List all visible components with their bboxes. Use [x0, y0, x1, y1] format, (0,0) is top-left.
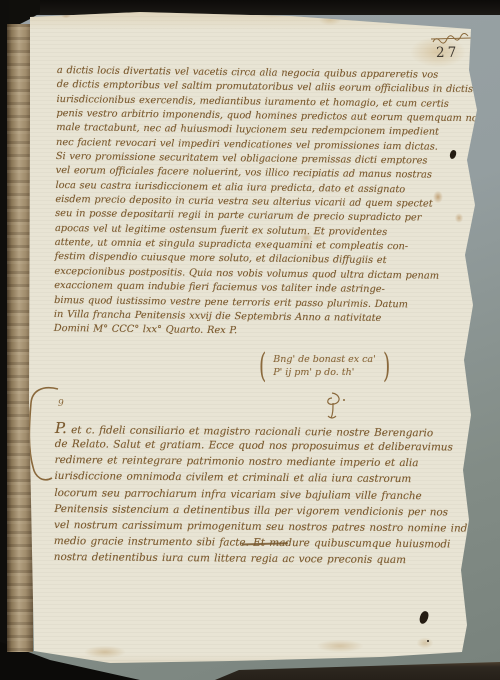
- folio-number: 27: [436, 45, 459, 61]
- chancery-close-paren: ): [383, 346, 390, 386]
- book-cover-edge-bottom: [215, 660, 500, 680]
- paragraph-1: a dictis locis divertatis vel vacetis ci…: [54, 64, 449, 341]
- paragraph-2-marker: 9: [58, 399, 64, 409]
- manuscript-photo: 27 a dictis locis divertatis vel vacetis…: [0, 0, 500, 680]
- manuscript-line: nostra detinentibus iura cum littera reg…: [54, 549, 454, 569]
- chancery-open-paren: (: [259, 346, 266, 386]
- book-binding-gutter: [7, 24, 33, 652]
- paragraph-2: P. et c. fideli consiliario et magistro …: [54, 420, 455, 569]
- manuscript-page: 27 a dictis locis divertatis vel vacetis…: [0, 0, 500, 680]
- chancery-line: Bng' de bonast ex ca': [273, 354, 375, 365]
- chancery-line: P' ij pm' p do. th': [273, 367, 354, 378]
- ink-blot: [449, 149, 457, 159]
- chancery-note-lines: Bng' de bonast ex ca' P' ij pm' p do. th…: [273, 353, 375, 379]
- chancery-note: ( Bng' de bonast ex ca' P' ij pm' p do. …: [256, 346, 393, 386]
- notarial-paraph-mark: [318, 390, 350, 420]
- dark-background-top: [0, 0, 500, 15]
- ink-blot: [418, 610, 430, 625]
- ink-speck: [427, 640, 429, 642]
